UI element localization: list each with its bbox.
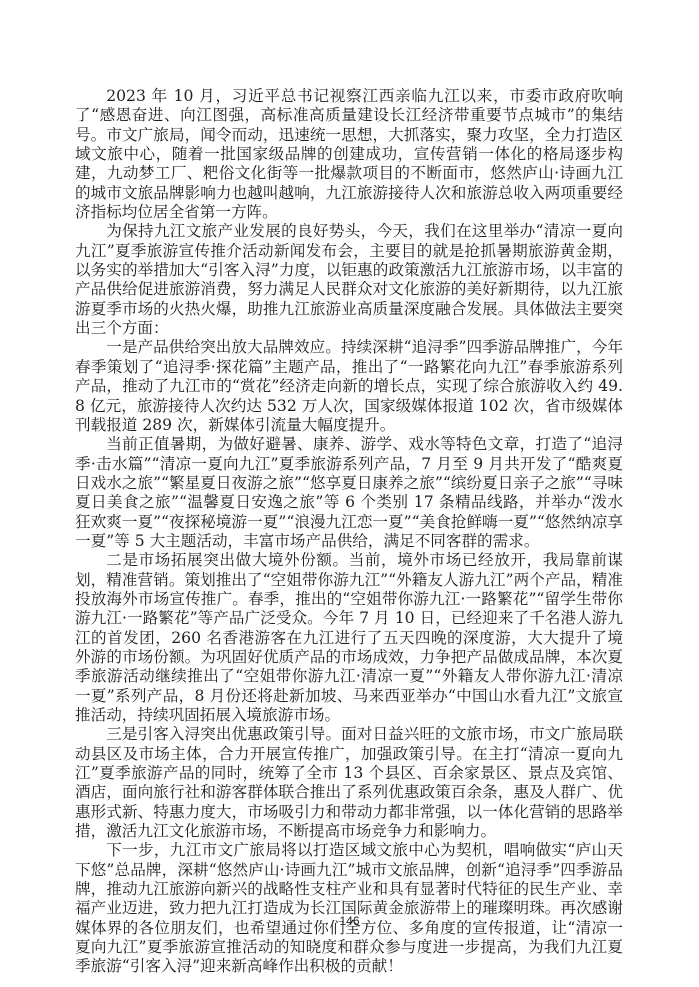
paragraph-summer-products: 当前正值暑期，为做好避暑、康养、游学、戏水等特色文章，打造了“追浔季·击水篇”“… (75, 435, 623, 551)
paragraph-purpose: 为保持九江文旅产业发展的良好势头，今天，我们在这里举办“清凉一夏向九江”夏季旅游… (75, 222, 623, 338)
paragraph-point-three: 三是引客入浔突出优惠政策引导。面对日益兴旺的文旅市场，市文广旅局联动县区及市场主… (75, 725, 623, 841)
page-number: 146 (0, 914, 699, 928)
paragraph-intro: 2023 年 10 月，习近平总书记视察江西亲临九江以来，市委市政府吹响了“感恩… (75, 87, 623, 222)
document-body: 2023 年 10 月，习近平总书记视察江西亲临九江以来，市委市政府吹响了“感恩… (75, 87, 623, 977)
paragraph-point-one: 一是产品供给突出放大品牌效应。持续深耕“追浔季”四季游品牌推广，今年春季策划了“… (75, 338, 623, 435)
paragraph-next-steps: 下一步，九江市文广旅局将以打造区域文旅中心为契机，唱响做实“庐山天下悠”总品牌，… (75, 841, 623, 976)
paragraph-point-two: 二是市场拓展突出做大境外份额。当前，境外市场已经放开，我局靠前谋划，精准营销。策… (75, 551, 623, 725)
